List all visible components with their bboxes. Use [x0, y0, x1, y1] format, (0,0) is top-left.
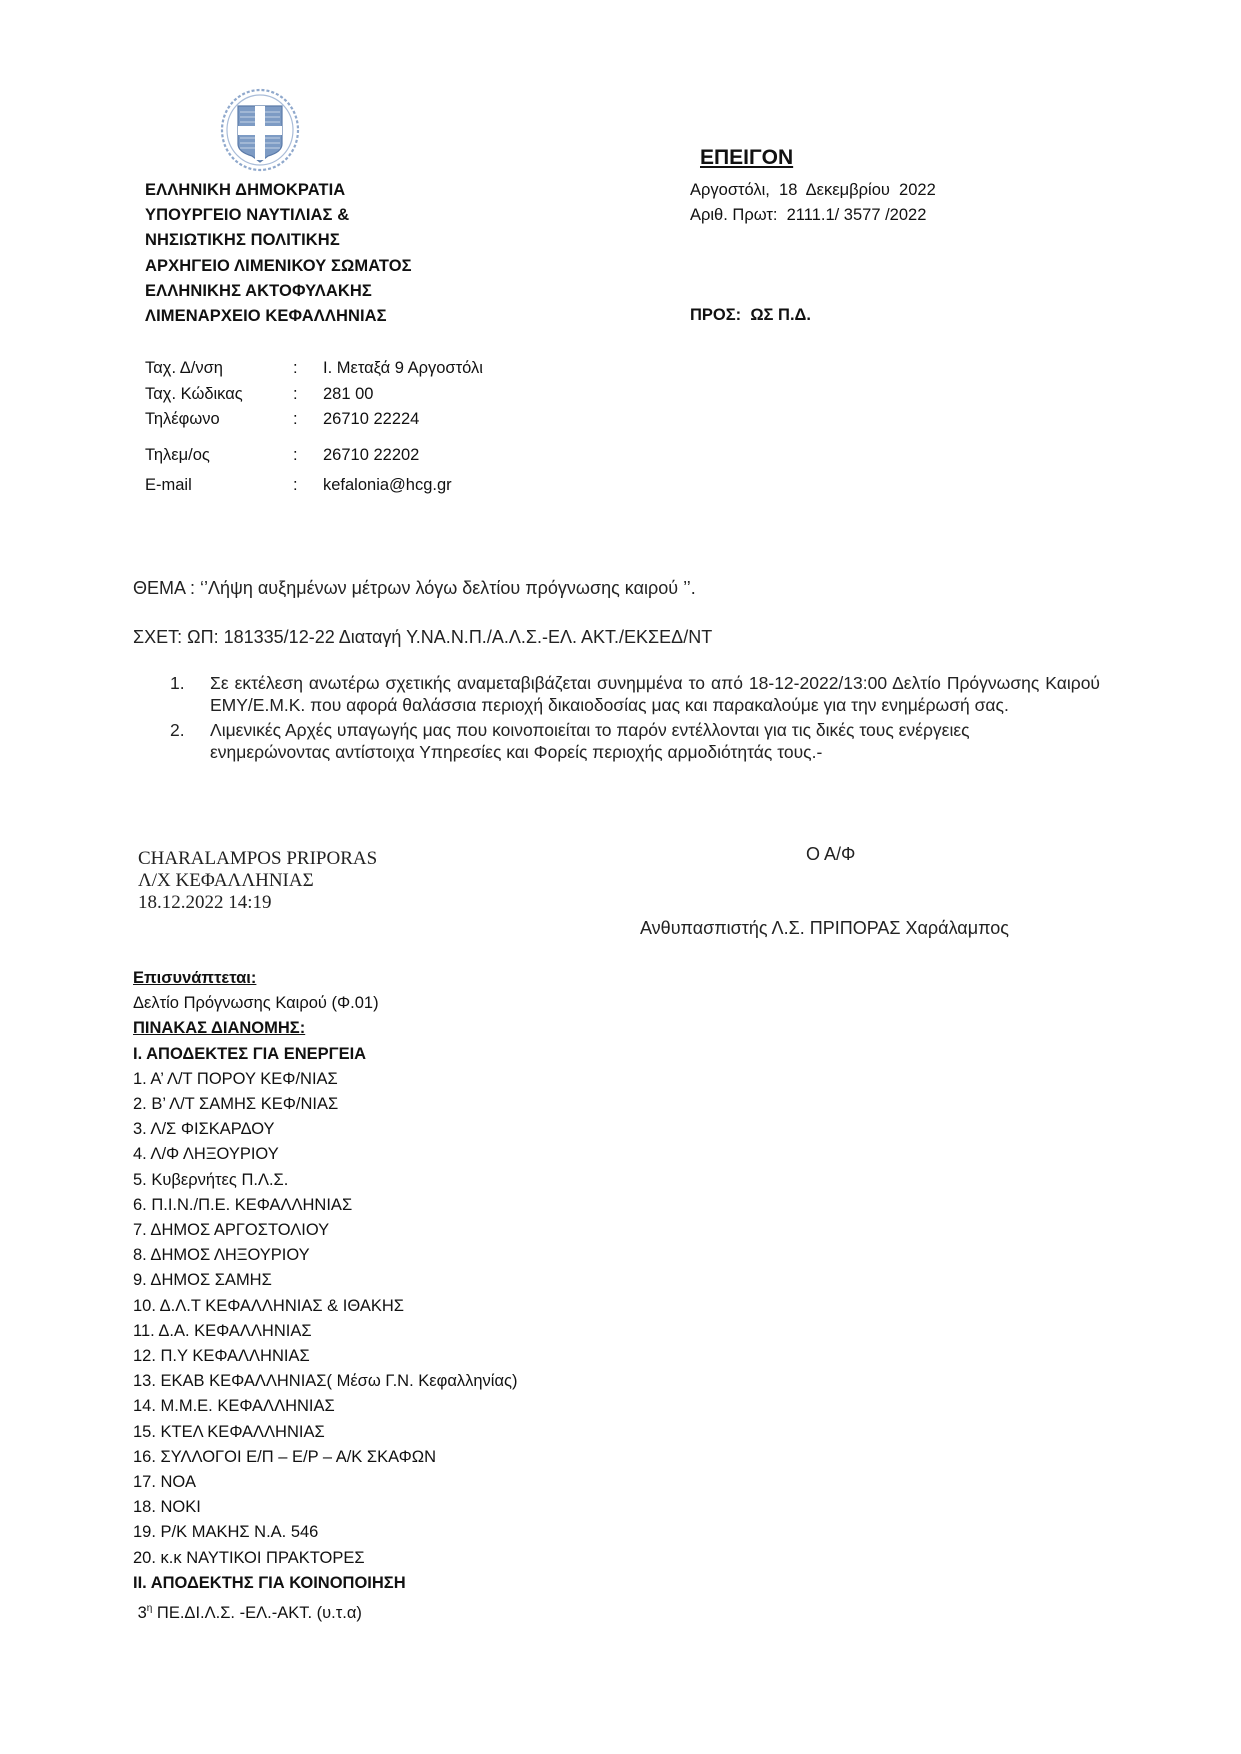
recipient-item: 20. κ.κ ΝΑΥΤΙΚΟΙ ΠΡΑΚΤΟΡΕΣ — [133, 1546, 517, 1571]
attachment-item: Δελτίο Πρόγνωσης Καιρού (Φ.01) — [133, 991, 517, 1016]
recipient-item: 7. ΔΗΜΟΣ ΑΡΓΟΣΤΟΛΙΟΥ — [133, 1218, 517, 1243]
recipient-item: 13. ΕΚΑΒ ΚΕΦΑΛΛΗΝΙΑΣ( Μέσω Γ.Ν. Κεφαλλην… — [133, 1369, 517, 1394]
recipient-item: 14. Μ.Μ.Ε. ΚΕΦΑΛΛΗΝΙΑΣ — [133, 1394, 517, 1419]
org-line: ΝΗΣΙΩΤΙΚΗΣ ΠΟΛΙΤΙΚΗΣ — [145, 228, 412, 253]
reference-line: ΣΧΕΤ: ΩΠ: 181335/12-22 Διαταγή Υ.ΝΑ.Ν.Π.… — [133, 627, 712, 648]
point-text: Σε εκτέλεση ανωτέρω σχετικής αναμεταβιβά… — [210, 673, 1100, 716]
cc-text: ΠΕ.ΔΙ.Λ.Σ. -ΕΛ.-ΑΚΤ. (υ.τ.α) — [152, 1604, 362, 1622]
subject-line: ΘΕΜΑ : ‘’Λήψη αυξημένων μέτρων λόγω δελτ… — [133, 578, 696, 599]
recipient-item: 11. Δ.Α. ΚΕΦΑΛΛΗΝΙΑΣ — [133, 1319, 517, 1344]
org-line: ΛΙΜΕΝΑΡΧΕΙΟ ΚΕΦΑΛΛΗΝΙΑΣ — [145, 304, 412, 329]
recipient-item: 1. Α’ Λ/Τ ΠΟΡΟΥ ΚΕΦ/ΝΙΑΣ — [133, 1067, 517, 1092]
contact-value: Ι. Μεταξά 9 Αργοστόλι — [323, 359, 483, 378]
contact-value: 281 00 — [323, 385, 373, 404]
contact-label: Ταχ. Δ/νση — [145, 359, 293, 378]
recipient-item: 17. ΝΟΑ — [133, 1470, 517, 1495]
recipient-item: 2. Β’ Λ/Τ ΣΑΜΗΣ ΚΕΦ/ΝΙΑΣ — [133, 1092, 517, 1117]
recipient-item: 18. ΝΟΚΙ — [133, 1495, 517, 1520]
recipient-item: 9. ΔΗΜΟΣ ΣΑΜΗΣ — [133, 1268, 517, 1293]
recipient-item: 8. ΔΗΜΟΣ ΛΗΞΟΥΡΙΟΥ — [133, 1243, 517, 1268]
recipient-item: 15. ΚΤΕΛ ΚΕΦΑΛΛΗΝΙΑΣ — [133, 1420, 517, 1445]
place-date: Αργοστόλι, 18 Δεκεμβρίου 2022 — [690, 178, 936, 203]
org-line: ΥΠΟΥΡΓΕΙΟ ΝΑΥΤΙΛΙΑΣ & — [145, 203, 412, 228]
contact-label: Ταχ. Κώδικας — [145, 385, 293, 404]
cc-recipients-heading: ΙΙ. ΑΠΟΔΕΚΤΗΣ ΓΙΑ ΚΟΙΝΟΠΟΙΗΣΗ — [133, 1571, 517, 1596]
point-number: 1. — [170, 673, 210, 716]
point-number: 2. — [170, 720, 210, 763]
recipient-item: 5. Κυβερνήτες Π.Λ.Σ. — [133, 1168, 517, 1193]
email-link[interactable]: kefalonia@hcg.gr — [323, 476, 452, 495]
signoff-title: Ο Α/Φ — [806, 844, 855, 865]
cc-recipient: 3η ΠΕ.ΔΙ.Λ.Σ. -ΕΛ.-ΑΚΤ. (υ.τ.α) — [133, 1596, 517, 1626]
body-point: 1. Σε εκτέλεση ανωτέρω σχετικής αναμεταβ… — [170, 673, 1100, 716]
contact-value: 26710 22202 — [323, 446, 419, 465]
contact-separator: : — [293, 385, 323, 404]
contact-row-fax: Τηλεμ/ος : 26710 22202 — [145, 443, 483, 469]
organization-header: ΕΛΛΗΝΙΚΗ ΔΗΜΟΚΡΑΤΙΑ ΥΠΟΥΡΓΕΙΟ ΝΑΥΤΙΛΙΑΣ … — [145, 178, 412, 329]
body-point: 2. Λιμενικές Αρχές υπαγωγής μας που κοιν… — [170, 720, 1100, 763]
recipient-item: 4. Λ/Φ ΛΗΞΟΥΡΙΟΥ — [133, 1142, 517, 1167]
recipient-item: 6. Π.Ι.Ν./Π.Ε. ΚΕΦΑΛΛΗΝΙΑΣ — [133, 1193, 517, 1218]
digital-signature-stamp: CHARALAMPOS PRIPORAS Λ/Χ ΚΕΦΑΛΛΗΝΙΑΣ 18.… — [138, 848, 377, 914]
recipient-label: ΠΡΟΣ: ΩΣ Π.Δ. — [690, 306, 811, 325]
contact-separator: : — [293, 410, 323, 429]
contact-details: Ταχ. Δ/νση : Ι. Μεταξά 9 Αργοστόλι Ταχ. … — [145, 356, 483, 498]
attachments-heading: Επισυνάπτεται: — [133, 966, 517, 991]
date-protocol-block: Αργοστόλι, 18 Δεκεμβρίου 2022 Αριθ. Πρωτ… — [690, 178, 936, 228]
signature-office: Λ/Χ ΚΕΦΑΛΛΗΝΙΑΣ — [138, 870, 377, 892]
signature-name: CHARALAMPOS PRIPORAS — [138, 848, 377, 870]
signature-timestamp: 18.12.2022 14:19 — [138, 892, 377, 914]
recipient-item: 10. Δ.Λ.Τ ΚΕΦΑΛΛΗΝΙΑΣ & ΙΘΑΚΗΣ — [133, 1294, 517, 1319]
contact-label: Τηλέφωνο — [145, 410, 293, 429]
contact-row-email: E-mail : kefalonia@hcg.gr — [145, 473, 483, 499]
contact-label: E-mail — [145, 476, 293, 495]
body-points: 1. Σε εκτέλεση ανωτέρω σχετικής αναμεταβ… — [170, 673, 1100, 763]
contact-label: Τηλεμ/ος — [145, 446, 293, 465]
recipient-item: 16. ΣΥΛΛΟΓΟΙ Ε/Π – Ε/Ρ – Α/Κ ΣΚΑΦΩΝ — [133, 1445, 517, 1470]
distribution-section: Επισυνάπτεται: Δελτίο Πρόγνωσης Καιρού (… — [133, 966, 517, 1626]
contact-row-address: Ταχ. Δ/νση : Ι. Μεταξά 9 Αργοστόλι — [145, 356, 483, 382]
org-line: ΑΡΧΗΓΕΙΟ ΛΙΜΕΝΙΚΟΥ ΣΩΜΑΤΟΣ — [145, 254, 412, 279]
cc-ordinal: 3 — [138, 1604, 147, 1622]
org-line: ΕΛΛΗΝΙΚΗΣ ΑΚΤΟΦΥΛΑΚΗΣ — [145, 279, 412, 304]
contact-separator: : — [293, 446, 323, 465]
contact-row-phone: Τηλέφωνο : 26710 22224 — [145, 407, 483, 433]
signer-name: Ανθυπασπιστής Λ.Σ. ΠΡΙΠΟΡΑΣ Χαράλαμπος — [640, 918, 1009, 939]
contact-row-postcode: Ταχ. Κώδικας : 281 00 — [145, 382, 483, 408]
recipient-item: 12. Π.Υ ΚΕΦΑΛΛΗΝΙΑΣ — [133, 1344, 517, 1369]
action-recipients-list: 1. Α’ Λ/Τ ΠΟΡΟΥ ΚΕΦ/ΝΙΑΣ2. Β’ Λ/Τ ΣΑΜΗΣ … — [133, 1067, 517, 1571]
contact-separator: : — [293, 476, 323, 495]
protocol-number: Αριθ. Πρωτ: 2111.1/ 3577 /2022 — [690, 203, 936, 228]
recipient-item: 3. Λ/Σ ΦΙΣΚΑΡΔΟΥ — [133, 1117, 517, 1142]
contact-value: 26710 22224 — [323, 410, 419, 429]
greek-coat-of-arms-icon — [218, 86, 302, 174]
org-line: ΕΛΛΗΝΙΚΗ ΔΗΜΟΚΡΑΤΙΑ — [145, 178, 412, 203]
contact-separator: : — [293, 359, 323, 378]
point-text: Λιμενικές Αρχές υπαγωγής μας που κοινοπο… — [210, 720, 1060, 763]
distribution-heading: ΠΙΝΑΚΑΣ ΔΙΑΝΟΜΗΣ: — [133, 1016, 517, 1041]
urgency-label: ΕΠΕΙΓΟΝ — [700, 146, 793, 170]
recipient-item: 19. Ρ/Κ ΜΑΚΗΣ Ν.Α. 546 — [133, 1520, 517, 1545]
action-recipients-heading: Ι. ΑΠΟΔΕΚΤΕΣ ΓΙΑ ΕΝΕΡΓΕΙΑ — [133, 1042, 517, 1067]
